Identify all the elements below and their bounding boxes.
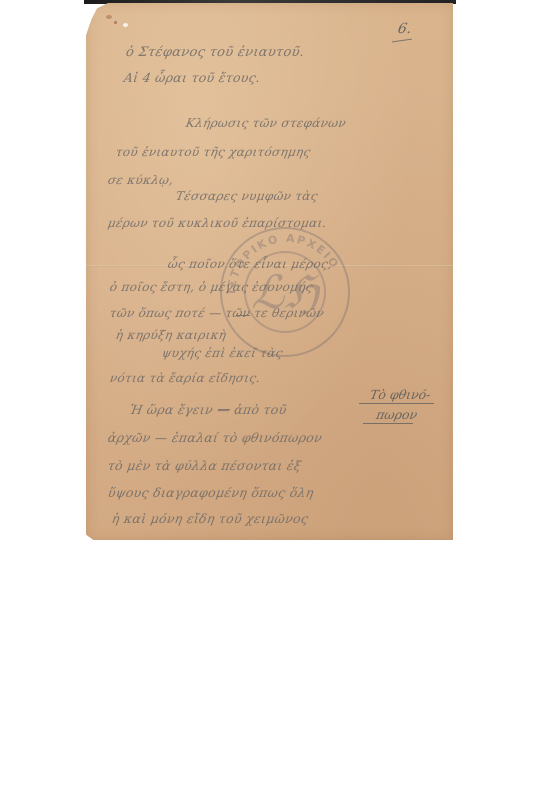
manuscript-line: τὸ μὲν τὰ φύλλα πέσονται ἐξ [107, 458, 303, 473]
margin-note-line: Τὸ φθινό- [361, 385, 440, 405]
page-number-underline [392, 39, 412, 43]
margin-note-rule [359, 403, 434, 404]
manuscript-line: ἡ καὶ μόνη εἴδη τοῦ χειμῶνος [111, 511, 310, 526]
manuscript-line: μέρων τοῦ κυκλικοῦ ἐπαρίστομαι. [107, 216, 328, 230]
margin-note-rule [363, 423, 413, 424]
page-number: 6. [397, 21, 413, 37]
manuscript-line: Αἱ 4 ὧραι τοῦ ἔτους. [123, 70, 262, 85]
manuscript-line: τοῦ ἐνιαυτοῦ τῆς χαριτόσημης [115, 145, 312, 159]
manuscript-line: ὕψους διαγραφομένη ὅπως ὅλη [107, 485, 315, 500]
manuscript-line: ψυχής ἐπὶ ἐκεῖ τὰς [161, 346, 284, 360]
manuscript-line: Ἡ ὥρα ἔγειν — ἀπὸ τοῦ [129, 402, 288, 417]
manuscript-line: Κλήρωσις τῶν στεφάνων [185, 116, 347, 130]
strikethrough-mark [218, 409, 230, 410]
manuscript-line: Τέσσαρες νυμφῶν τὰς [175, 189, 319, 203]
manuscript-page: 6. ΙΣΤΟΡΙΚΟ ΑΡΧΕΙΟ ℒℌ ὁ Στέφανος τοῦ ἐνι… [86, 3, 453, 540]
manuscript-line: ὧς ποῖον ὅτε εἶναι μέρος, [167, 257, 334, 271]
manuscript-line: ἡ κηρύξη καιρικὴ [115, 328, 228, 342]
strikethrough-mark [236, 315, 250, 316]
paper-stain [114, 21, 117, 24]
paper-wear-spot [123, 23, 128, 27]
manuscript-line: τῶν ὅπως ποτέ — τῶν τε θερινῶν [109, 306, 325, 320]
margin-note-line: πωρον [357, 405, 436, 425]
manuscript-line: ἀρχῶν — ἐπαλαί τὸ φθινόπωρον [107, 430, 324, 445]
manuscript-line: σε κύκλῳ, [107, 173, 175, 187]
paper-stain [106, 15, 112, 19]
margin-note: Τὸ φθινό- πωρον [357, 385, 439, 425]
manuscript-line: νότια τὰ ἔαρία εἴδησις. [109, 371, 262, 385]
manuscript-line: ὁ ποῖος ἔστη, ὁ μέγας ἐσονομής [109, 280, 314, 294]
manuscript-line: ὁ Στέφανος τοῦ ἐνιαυτοῦ. [125, 45, 306, 60]
